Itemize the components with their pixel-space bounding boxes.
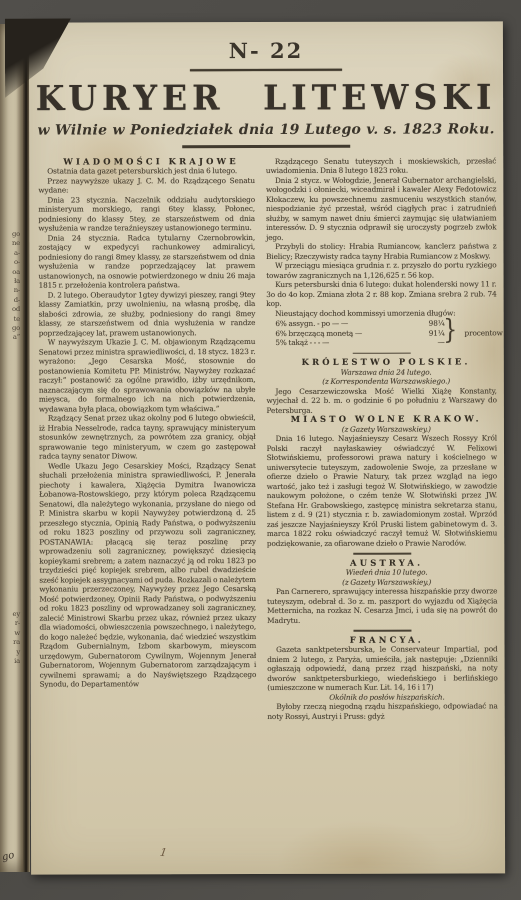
paragraph: Nieustający dochod kommissyi umorzenia d… [266,308,496,318]
section-heading-polskie: KRÓLESTWO POLSKIE. [266,357,496,367]
newspaper-page: N- 22 KURYER LITEWSKI w Wilnie w Poniedz… [29,21,505,874]
paragraph: Przybyli do stolicy: Hrabia Rumiancow, k… [266,241,496,261]
rate-value: — [423,338,445,348]
paragraph: Pan Carnerero, sprawujący interessa hisz… [267,587,497,626]
paragraph: Byłoby rzeczą niegodną rządu hiszpańskie… [267,702,497,722]
section-heading-austrya: AUSTRYA. [267,558,497,568]
rate-label: 5% takąż - - - — [275,338,329,348]
paragraph: Przez naywyższe ukazy J. C. M. do Rządzą… [38,176,255,196]
section-source: (z Gazety Warszawskiey.) [267,577,497,587]
table-row: 6% assygn. - po — — 98¼ [266,319,444,329]
cutoff-text-fragments-upper: go ne a- o- oa ła n- d- od te go a” [12,230,20,343]
dateline: w Wilnie w Poniedziałek dnia 19 Lutego v… [29,121,503,138]
paragraph: Jego Cesarzewiczowska Mość Wielki Xiążę … [266,386,496,415]
section-heading-krakow: MIASTO WOLNE KRAKOW. [267,414,497,424]
paragraph: Rządzącego Senatu tuteyszych i moskiewsk… [266,156,496,176]
paragraph: D. 2 lutego. Oberaudytor 1gtey dywizyi p… [39,290,256,338]
newspaper-title: KURYER LITEWSKI [29,77,503,119]
right-column: Rządzącego Senatu tuteyszych i moskiewsk… [266,156,498,721]
exchange-rates-table: 6% assygn. - po — — 98¼ 6% brzęczącą mon… [266,318,496,347]
section-divider [353,553,411,555]
rate-value: 98¼ [423,319,445,329]
cutoff-text-fragments-lower: ey r- w ra y ia [13,610,20,666]
adjacent-page-edge: go ne a- o- oa ła n- d- od te go a” ey r… [0,24,23,872]
paragraph: Dnia 2 stycz. w Wołogdzie, Jenerał Guber… [266,175,497,242]
left-column: WIADOMOŚCI KRAJOWE Ostatnia data gazet p… [38,157,256,722]
paragraph: Dnia 23 stycznia. Naczelnik oddziału aud… [38,195,255,234]
paragraph: W przeciągu miesiąca grudnia r. z. przys… [266,260,496,280]
table-row: 6% brzęczącą monetą — 91¼ [266,328,444,338]
section-source: (z Gazety Warszawskiey.) [267,424,497,434]
section-divider [353,630,411,632]
section-subheading: Warszawa dnia 24 lutego. [266,367,496,377]
paragraph: Gazeta sanktpetersburska, le Conservateu… [267,645,497,693]
paragraph-centered: Okólnik do posłów hiszpańskich. [267,692,497,702]
issue-number: N- 22 [29,37,503,63]
brace-glyph: } [443,317,457,344]
paragraph: Kurs petersburski dnia 6 lutego: dukat h… [266,279,496,308]
article-columns: WIADOMOŚCI KRAJOWE Ostatnia data gazet p… [29,147,505,722]
paragraph: Dnia 24 stycznia. Radca tytularny Czerno… [38,233,255,291]
masthead: N- 22 KURYER LITEWSKI w Wilnie w Poniedz… [29,21,503,148]
brace-label: procentow [465,328,503,338]
paragraph: Wedle Ukazu Jego Cesarskiey Mości, Rządz… [39,461,256,690]
masthead-rule-top [190,69,342,71]
table-row: 5% takąż - - - — — [266,338,444,348]
rate-value: 91¼ [423,328,445,338]
section-divider [353,352,411,354]
rate-label: 6% assygn. - po — — [275,319,348,329]
paragraph: W naywyższym Ukazie J. C. M. objawionym … [39,337,256,414]
section-heading-francya: FRANCYA. [267,635,497,645]
paragraph: Ostatnia data gazet petersburskich jest … [38,166,255,176]
section-subheading: Wiedeń dnia 10 lutego. [267,568,497,578]
section-source: (z Korrespondenta Warszawskiego.) [266,376,496,386]
section-heading-krajowe: WIADOMOŚCI KRAJOWE [38,157,255,167]
rate-label: 6% brzęczącą monetą — [275,328,362,338]
paragraph: Dnia 16 lutego. Nayjaśnieyszy Cesarz Wsz… [267,433,498,548]
paragraph: Rządzący Senat przez ukaz okolny pod 6 l… [39,413,256,461]
